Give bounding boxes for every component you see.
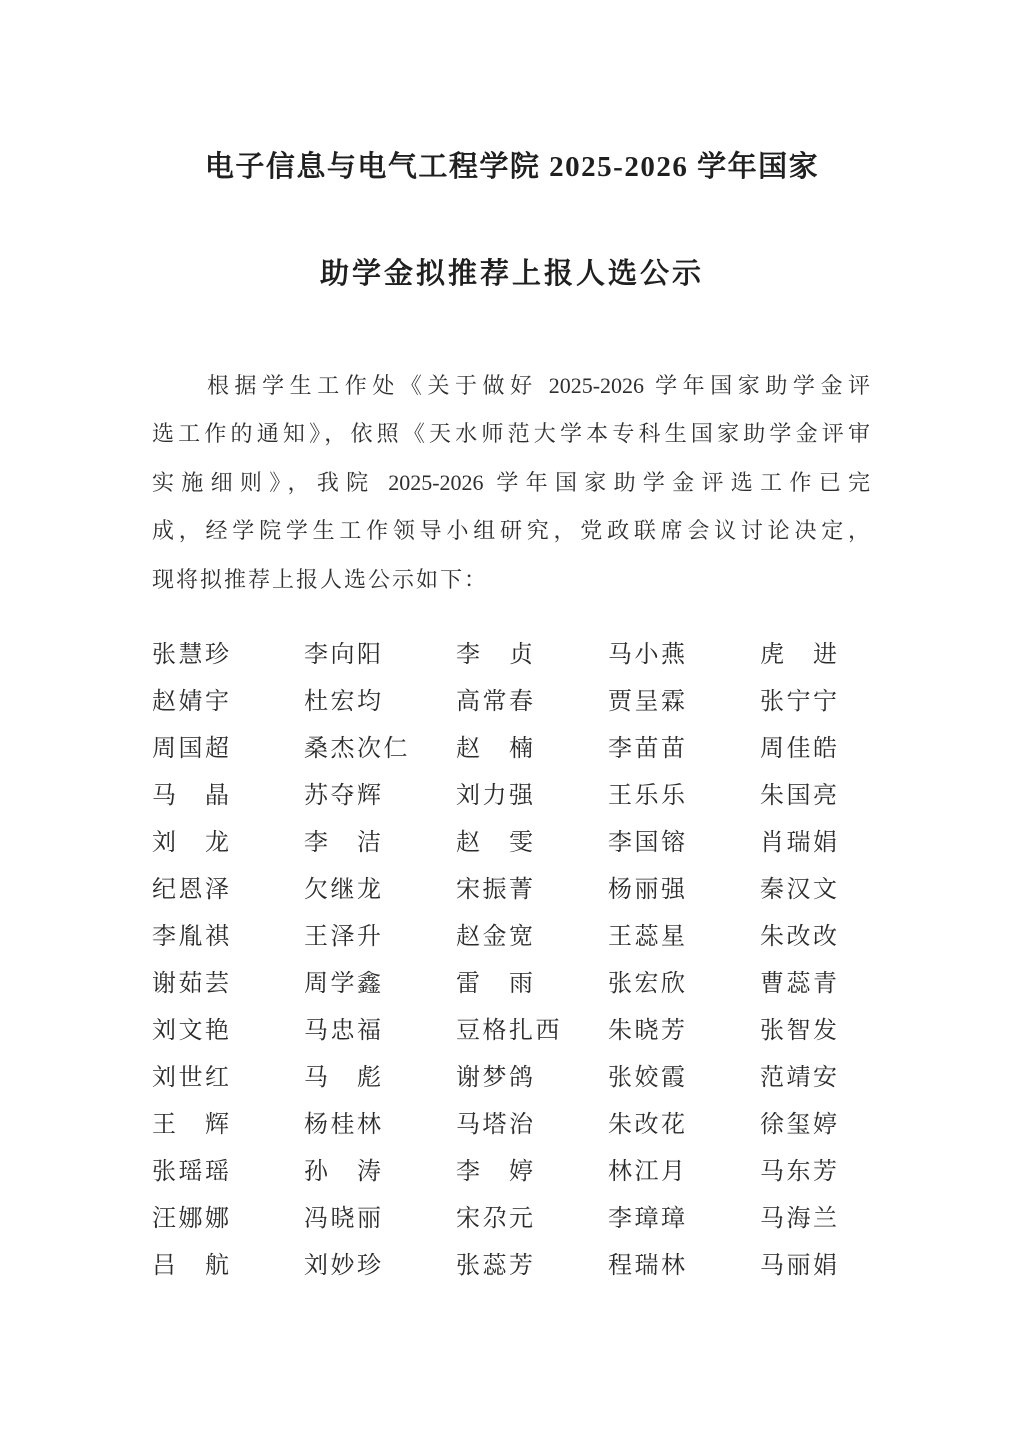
name-cell: 周国超 bbox=[152, 726, 304, 773]
name-cell: 雷 雨 bbox=[456, 961, 608, 1008]
name-cell: 李国镕 bbox=[608, 820, 760, 867]
announcement-paragraph: 根据学生工作处《关于做好 2025-2026 学年国家助学金评 选工作的通知》，… bbox=[152, 362, 870, 605]
name-cell: 孙 涛 bbox=[304, 1149, 456, 1196]
name-cell: 徐玺婷 bbox=[760, 1102, 912, 1149]
paragraph-line: 选工作的通知》，依照《天水师范大学本专科生国家助学金评审 bbox=[152, 410, 870, 459]
name-cell: 朱改改 bbox=[760, 914, 912, 961]
name-cell: 李向阳 bbox=[304, 632, 456, 679]
name-cell: 李胤祺 bbox=[152, 914, 304, 961]
name-cell: 张瑶瑶 bbox=[152, 1149, 304, 1196]
name-cell: 马忠福 bbox=[304, 1008, 456, 1055]
document-page: 电子信息与电气工程学院 2025-2026 学年国家 助学金拟推荐上报人选公示 … bbox=[0, 0, 1024, 1448]
name-cell: 张慧珍 bbox=[152, 632, 304, 679]
name-cell: 周学鑫 bbox=[304, 961, 456, 1008]
name-cell: 宋尕元 bbox=[456, 1196, 608, 1243]
name-cell: 纪恩泽 bbox=[152, 867, 304, 914]
name-cell: 赵婧宇 bbox=[152, 679, 304, 726]
name-cell: 马塔治 bbox=[456, 1102, 608, 1149]
name-cell: 马东芳 bbox=[760, 1149, 912, 1196]
name-cell: 苏夺辉 bbox=[304, 773, 456, 820]
name-cell: 马海兰 bbox=[760, 1196, 912, 1243]
name-cell: 贾呈霖 bbox=[608, 679, 760, 726]
name-cell: 张姣霞 bbox=[608, 1055, 760, 1102]
name-cell: 曹蕊青 bbox=[760, 961, 912, 1008]
name-cell: 刘妙珍 bbox=[304, 1243, 456, 1290]
name-cell: 刘文艳 bbox=[152, 1008, 304, 1055]
name-cell: 刘世红 bbox=[152, 1055, 304, 1102]
name-cell: 马 晶 bbox=[152, 773, 304, 820]
name-grid: 张慧珍李向阳李 贞马小燕虎 进赵婧宇杜宏均高常春贾呈霖张宁宁周国超桑杰次仁赵 楠… bbox=[152, 632, 912, 1290]
name-cell: 刘力强 bbox=[456, 773, 608, 820]
name-cell: 宋振菁 bbox=[456, 867, 608, 914]
name-cell: 杜宏均 bbox=[304, 679, 456, 726]
name-cell: 朱晓芳 bbox=[608, 1008, 760, 1055]
name-cell: 谢梦鸽 bbox=[456, 1055, 608, 1102]
name-cell: 高常春 bbox=[456, 679, 608, 726]
paragraph-line: 现将拟推荐上报人选公示如下： bbox=[152, 556, 870, 605]
name-cell: 李 婷 bbox=[456, 1149, 608, 1196]
name-cell: 张宏欣 bbox=[608, 961, 760, 1008]
name-cell: 王 辉 bbox=[152, 1102, 304, 1149]
name-cell: 周佳皓 bbox=[760, 726, 912, 773]
name-cell: 张智发 bbox=[760, 1008, 912, 1055]
name-cell: 赵 雯 bbox=[456, 820, 608, 867]
name-cell: 朱改花 bbox=[608, 1102, 760, 1149]
name-cell: 赵金宽 bbox=[456, 914, 608, 961]
name-cell: 张蕊芳 bbox=[456, 1243, 608, 1290]
name-cell: 马小燕 bbox=[608, 632, 760, 679]
name-cell: 赵 楠 bbox=[456, 726, 608, 773]
paragraph-line: 实施细则》，我院 2025-2026 学年国家助学金评选工作已完 bbox=[152, 459, 870, 508]
name-cell: 肖瑞娟 bbox=[760, 820, 912, 867]
name-cell: 马 彪 bbox=[304, 1055, 456, 1102]
name-cell: 秦汉文 bbox=[760, 867, 912, 914]
document-title-line2: 助学金拟推荐上报人选公示 bbox=[0, 257, 1024, 292]
name-cell: 欠继龙 bbox=[304, 867, 456, 914]
name-cell: 刘 龙 bbox=[152, 820, 304, 867]
name-cell: 程瑞林 bbox=[608, 1243, 760, 1290]
name-cell: 桑杰次仁 bbox=[304, 726, 456, 773]
paragraph-line: 根据学生工作处《关于做好 2025-2026 学年国家助学金评 bbox=[152, 362, 870, 411]
name-cell: 王乐乐 bbox=[608, 773, 760, 820]
paragraph-line: 成，经学院学生工作领导小组研究，党政联席会议讨论决定， bbox=[152, 507, 870, 556]
name-cell: 张宁宁 bbox=[760, 679, 912, 726]
name-cell: 李苗苗 bbox=[608, 726, 760, 773]
name-cell: 杨丽强 bbox=[608, 867, 760, 914]
name-cell: 谢茹芸 bbox=[152, 961, 304, 1008]
name-cell: 王蕊星 bbox=[608, 914, 760, 961]
name-cell: 李璋璋 bbox=[608, 1196, 760, 1243]
name-cell: 范靖安 bbox=[760, 1055, 912, 1102]
name-cell: 李 贞 bbox=[456, 632, 608, 679]
name-cell: 李 洁 bbox=[304, 820, 456, 867]
name-cell: 冯晓丽 bbox=[304, 1196, 456, 1243]
name-cell: 吕 航 bbox=[152, 1243, 304, 1290]
name-cell: 虎 进 bbox=[760, 632, 912, 679]
name-cell: 林江月 bbox=[608, 1149, 760, 1196]
name-cell: 汪娜娜 bbox=[152, 1196, 304, 1243]
document-title-line1: 电子信息与电气工程学院 2025-2026 学年国家 bbox=[0, 150, 1024, 185]
name-cell: 朱国亮 bbox=[760, 773, 912, 820]
name-cell: 王泽升 bbox=[304, 914, 456, 961]
name-cell: 马丽娟 bbox=[760, 1243, 912, 1290]
name-cell: 豆格扎西 bbox=[456, 1008, 608, 1055]
name-cell: 杨桂林 bbox=[304, 1102, 456, 1149]
